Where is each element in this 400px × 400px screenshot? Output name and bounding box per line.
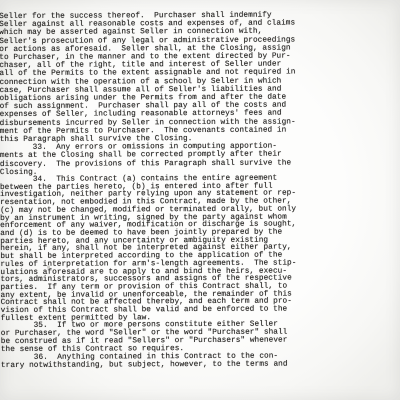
paragraph-34: 34. This Contract (a) contains the entir…	[0, 175, 400, 323]
paragraph-33: 33. Any errors or omissions in computing…	[0, 142, 400, 177]
scan-speck	[23, 193, 25, 195]
scan-speck	[47, 265, 50, 269]
paragraph-35: 35. If two or more persons constitute ei…	[1, 321, 400, 355]
contract-text-block: Seller for the success thereof. Purchase…	[0, 11, 400, 371]
paragraph-36: 36. Anything contained in this Contract …	[1, 353, 400, 371]
scan-speck	[36, 97, 38, 99]
scanned-contract-page: Seller for the success thereof. Purchase…	[0, 0, 400, 400]
paragraph-32-continuation: Seller for the success thereof. Purchase…	[0, 11, 400, 144]
